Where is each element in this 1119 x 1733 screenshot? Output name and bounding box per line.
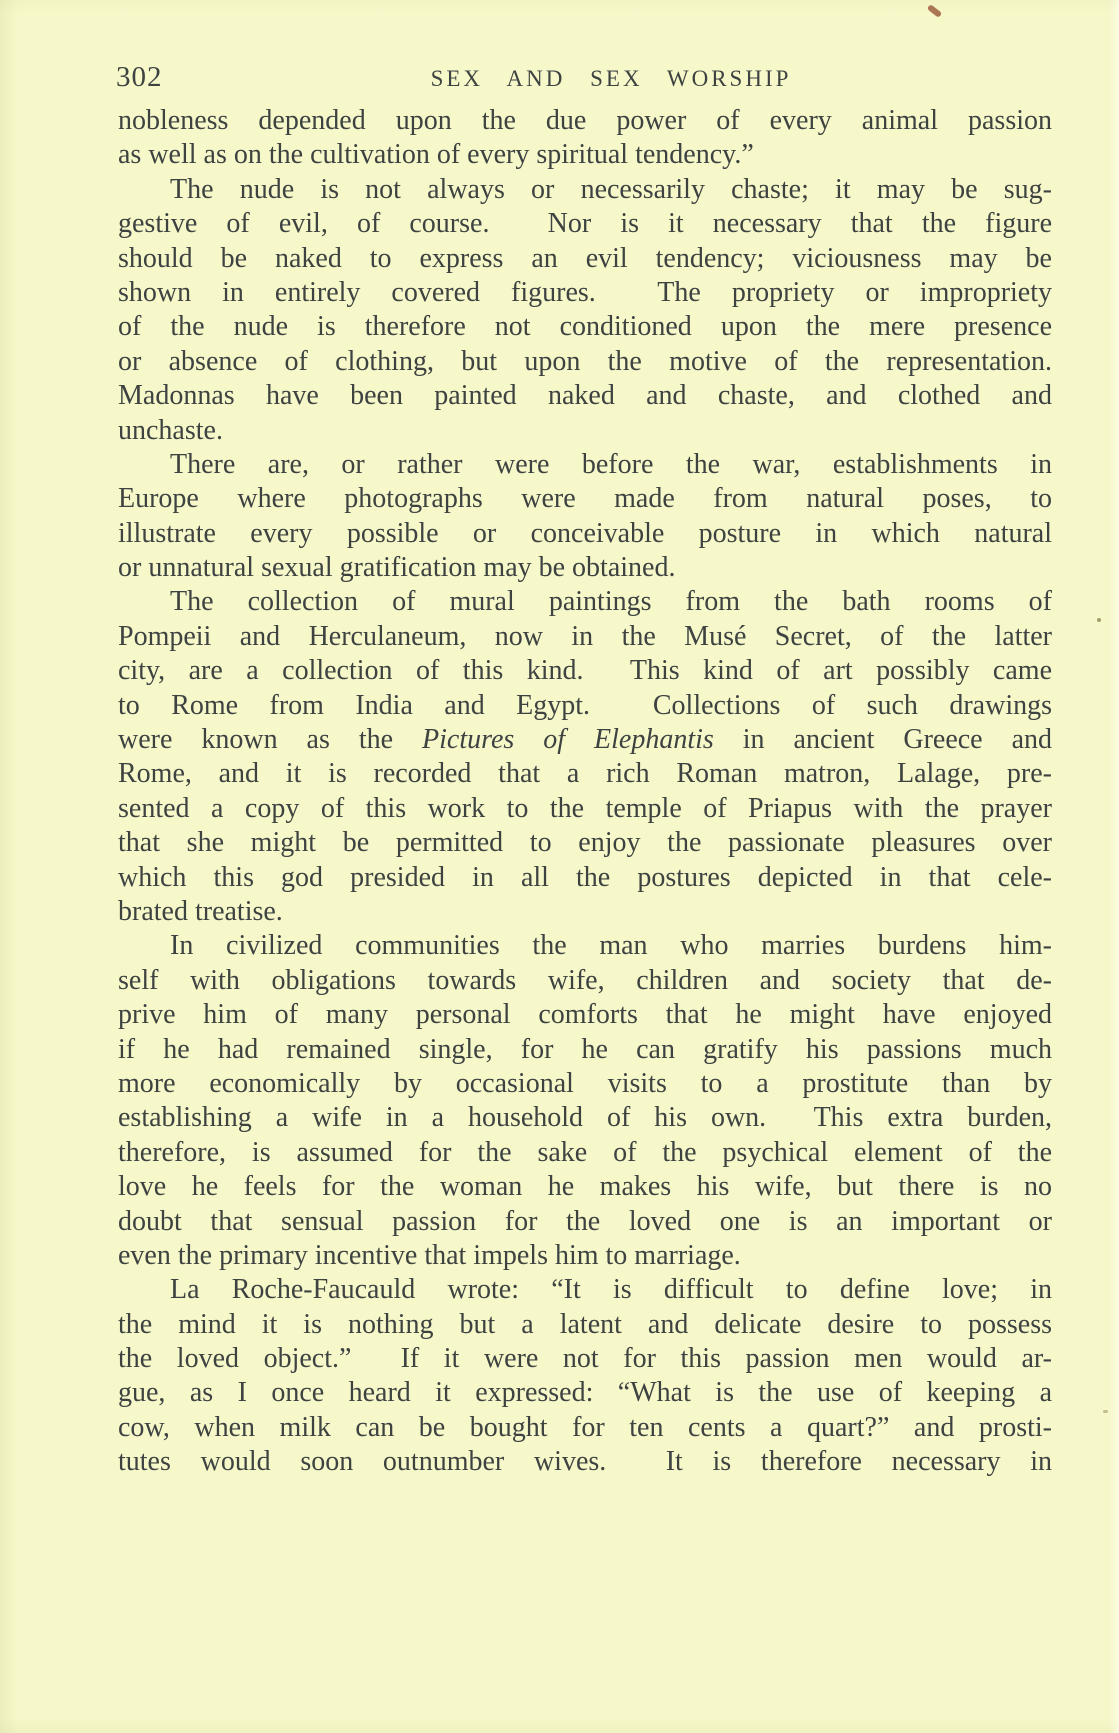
text-segment: unchaste. — [118, 415, 223, 446]
text-line: prive him of many personal comforts that… — [118, 998, 1052, 1032]
text-segment: if he had remained single, for he can gr… — [118, 1034, 1052, 1065]
text-line: more economically by occasional visits t… — [118, 1067, 1052, 1101]
text-line: which this god presided in all the postu… — [118, 861, 1052, 895]
text-line: doubt that sensual passion for the loved… — [118, 1205, 1052, 1239]
text-segment: nobleness depended upon the due power of… — [118, 105, 1052, 136]
text-segment: love he feels for the woman he makes his… — [118, 1171, 1052, 1202]
text-segment: that she might be permitted to enjoy the… — [118, 827, 1052, 858]
text-segment: the loved object.” If it were not for th… — [118, 1343, 1052, 1374]
text-line: Europe where photographs were made from … — [118, 482, 1052, 516]
text-line: should be naked to express an evil tende… — [118, 242, 1052, 276]
text-line: nobleness depended upon the due power of… — [118, 104, 1052, 138]
text-line: illustrate every possible or conceivable… — [118, 517, 1052, 551]
text-segment: Pompeii and Herculaneum, now in the Musé… — [118, 621, 1052, 652]
text-line: cow, when milk can be bought for ten cen… — [118, 1411, 1052, 1445]
text-segment: La Roche-Faucauld wrote: “It is difficul… — [170, 1274, 1052, 1305]
text-segment: In civilized communities the man who mar… — [170, 930, 1052, 961]
text-segment: which this god presided in all the postu… — [118, 862, 1052, 893]
text-segment: Europe where photographs were made from … — [118, 483, 1052, 514]
text-segment: should be naked to express an evil tende… — [118, 243, 1052, 274]
text-line: the loved object.” If it were not for th… — [118, 1342, 1052, 1376]
text-line: or unnatural sexual gratification may be… — [118, 551, 1052, 585]
text-line: La Roche-Faucauld wrote: “It is difficul… — [118, 1273, 1052, 1307]
text-line: brated treatise. — [118, 895, 1052, 929]
text-line: There are, or rather were before the war… — [118, 448, 1052, 482]
text-line: as well as on the cultivation of every s… — [118, 138, 1052, 172]
text-line: sented a copy of this work to the temple… — [118, 792, 1052, 826]
paragraph: La Roche-Faucauld wrote: “It is difficul… — [118, 1273, 1052, 1479]
text-line: Madonnas have been painted naked and cha… — [118, 379, 1052, 413]
text-line: The collection of mural paintings from t… — [118, 585, 1052, 619]
text-segment: gue, as I once heard it expressed: “What… — [118, 1377, 1052, 1408]
scan-speck-right-margin — [1097, 618, 1101, 622]
text-segment: self with obligations towards wife, chil… — [118, 965, 1052, 996]
italic-text-segment: Pictures of Elephantis — [422, 724, 714, 755]
text-line: establishing a wife in a household of hi… — [118, 1101, 1052, 1135]
text-segment: the mind it is nothing but a latent and … — [118, 1309, 1052, 1340]
text-line: Pompeii and Herculaneum, now in the Musé… — [118, 620, 1052, 654]
text-line: The nude is not always or necessarily ch… — [118, 173, 1052, 207]
text-segment: illustrate every possible or conceivable… — [118, 518, 1052, 549]
text-line: In civilized communities the man who mar… — [118, 929, 1052, 963]
paragraph: The nude is not always or necessarily ch… — [118, 173, 1052, 448]
text-segment: Madonnas have been painted naked and cha… — [118, 380, 1052, 411]
text-segment: as well as on the cultivation of every s… — [118, 139, 754, 170]
page-body: nobleness depended upon the due power of… — [118, 104, 1052, 1480]
text-segment: cow, when milk can be bought for ten cen… — [118, 1412, 1052, 1443]
text-segment: of the nude is therefore not conditioned… — [118, 311, 1052, 342]
text-segment: therefore, is assumed for the sake of th… — [118, 1137, 1052, 1168]
text-segment: even the primary incentive that impels h… — [118, 1240, 741, 1271]
text-line: gestive of evil, of course. Nor is it ne… — [118, 207, 1052, 241]
text-segment: establishing a wife in a household of hi… — [118, 1102, 1052, 1133]
text-segment: The nude is not always or necessarily ch… — [170, 174, 1052, 205]
text-segment: more economically by occasional visits t… — [118, 1068, 1052, 1099]
text-line: were known as the Pictures of Elephantis… — [118, 723, 1052, 757]
text-segment: Rome, and it is recorded that a rich Rom… — [118, 758, 1052, 789]
text-segment: in ancient Greece and — [714, 724, 1052, 755]
text-segment: or absence of clothing, but upon the mot… — [118, 346, 1052, 377]
text-segment: or unnatural sexual gratification may be… — [118, 552, 675, 583]
text-line: city, are a collection of this kind. Thi… — [118, 654, 1052, 688]
text-line: the mind it is nothing but a latent and … — [118, 1308, 1052, 1342]
paragraph: In civilized communities the man who mar… — [118, 929, 1052, 1273]
text-segment: city, are a collection of this kind. Thi… — [118, 655, 1052, 686]
text-line: tutes would soon outnumber wives. It is … — [118, 1445, 1052, 1479]
text-line: or absence of clothing, but upon the mot… — [118, 345, 1052, 379]
text-line: Rome, and it is recorded that a rich Rom… — [118, 757, 1052, 791]
running-header: SEX AND SEX WORSHIP — [140, 64, 1082, 94]
text-line: love he feels for the woman he makes his… — [118, 1170, 1052, 1204]
text-line: that she might be permitted to enjoy the… — [118, 826, 1052, 860]
text-segment: shown in entirely covered figures. The p… — [118, 277, 1052, 308]
paragraph: The collection of mural paintings from t… — [118, 585, 1052, 929]
text-segment: to Rome from India and Egypt. Collection… — [118, 690, 1052, 721]
paragraph: nobleness depended upon the due power of… — [118, 104, 1052, 173]
text-line: even the primary incentive that impels h… — [118, 1239, 1052, 1273]
text-line: shown in entirely covered figures. The p… — [118, 276, 1052, 310]
text-line: self with obligations towards wife, chil… — [118, 964, 1052, 998]
paragraph: There are, or rather were before the war… — [118, 448, 1052, 586]
text-segment: doubt that sensual passion for the loved… — [118, 1206, 1052, 1237]
text-segment: There are, or rather were before the war… — [170, 449, 1052, 480]
text-line: gue, as I once heard it expressed: “What… — [118, 1376, 1052, 1410]
text-line: to Rome from India and Egypt. Collection… — [118, 689, 1052, 723]
text-line: of the nude is therefore not conditioned… — [118, 310, 1052, 344]
text-segment: prive him of many personal comforts that… — [118, 999, 1052, 1030]
text-line: therefore, is assumed for the sake of th… — [118, 1136, 1052, 1170]
text-segment: gestive of evil, of course. Nor is it ne… — [118, 208, 1052, 239]
text-segment: brated treatise. — [118, 896, 283, 927]
text-segment: sented a copy of this work to the temple… — [118, 793, 1052, 824]
scan-speck-lower-right — [1103, 1410, 1108, 1413]
text-line: unchaste. — [118, 414, 1052, 448]
text-segment: tutes would soon outnumber wives. It is … — [118, 1446, 1052, 1477]
text-segment: The collection of mural paintings from t… — [170, 586, 1052, 617]
text-segment: were known as the — [118, 724, 422, 755]
text-line: if he had remained single, for he can gr… — [118, 1033, 1052, 1067]
